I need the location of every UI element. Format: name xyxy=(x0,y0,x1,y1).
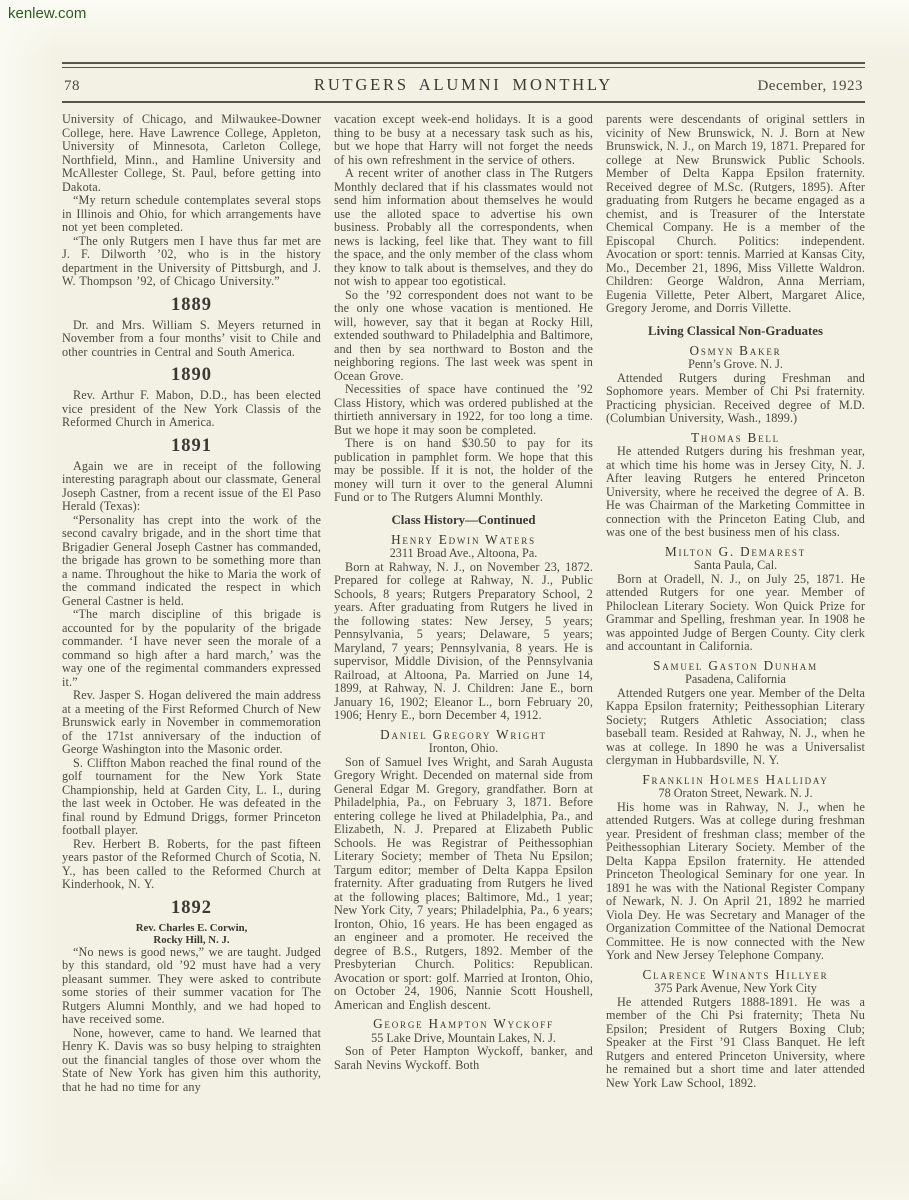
paragraph-continued: vacation except week-end holidays. It is… xyxy=(334,113,593,167)
paragraph: Again we are in receipt of the following… xyxy=(62,460,321,514)
scan-edge-highlight-bottom xyxy=(0,1160,909,1200)
column-center: vacation except week-end holidays. It is… xyxy=(334,113,593,1094)
paragraph: Dr. and Mrs. William S. Meyers returned … xyxy=(62,319,321,360)
alumnus-address: Penn’s Grove. N. J. xyxy=(606,358,865,372)
alumnus-name-heading: Daniel Gregory Wright xyxy=(334,728,593,743)
text-columns: University of Chicago, and Milwaukee-Dow… xyxy=(62,113,865,1094)
alumnus-address: 78 Oraton Street, Newark. N. J. xyxy=(606,787,865,801)
paragraph: “Personality has crept into the work of … xyxy=(62,514,321,609)
paragraph: “No news is good news,” we are taught. J… xyxy=(62,946,321,1027)
paragraph: Necessities of space have continued the … xyxy=(334,383,593,437)
paragraph: Born at Rahway, N. J., on November 23, 1… xyxy=(334,561,593,723)
alumnus-address: 55 Lake Drive, Mountain Lakes, N. J. xyxy=(334,1032,593,1046)
class-secretary-line: Rocky Hill, N. J. xyxy=(62,934,321,946)
alumnus-name-heading: Thomas Bell xyxy=(606,431,865,446)
paragraph: Attended Rutgers during Freshman and Sop… xyxy=(606,372,865,426)
alumnus-name-heading: Samuel Gaston Dunham xyxy=(606,659,865,674)
column-left: University of Chicago, and Milwaukee-Dow… xyxy=(62,113,321,1094)
alumnus-address: 375 Park Avenue, New York City xyxy=(606,982,865,996)
alumnus-name-heading: Franklin Holmes Halliday xyxy=(606,773,865,788)
paragraph: A recent writer of another class in The … xyxy=(334,167,593,289)
paragraph: His home was in Rahway, N. J., when he a… xyxy=(606,801,865,963)
column-right: parents were descendants of original set… xyxy=(606,113,865,1094)
issue-date: December, 1923 xyxy=(757,78,863,95)
paragraph: “The only Rutgers men I have thus far me… xyxy=(62,235,321,289)
header-rule-single xyxy=(62,101,865,103)
alumnus-name-heading: Osmyn Baker xyxy=(606,344,865,359)
paragraph-continued: University of Chicago, and Milwaukee-Dow… xyxy=(62,113,321,194)
paragraph: Rev. Herbert B. Roberts, for the past fi… xyxy=(62,838,321,892)
scan-edge-highlight-top xyxy=(0,0,909,58)
alumnus-address: Santa Paula, Cal. xyxy=(606,559,865,573)
alumnus-name-heading: Milton G. Demarest xyxy=(606,545,865,560)
paragraph: So the ’92 correspondent does not want t… xyxy=(334,289,593,384)
paragraph-continued: parents were descendants of original set… xyxy=(606,113,865,316)
paragraph: Attended Rutgers one year. Member of the… xyxy=(606,687,865,768)
paragraph: None, however, came to hand. We learned … xyxy=(62,1027,321,1095)
alumnus-address: Pasadena, California xyxy=(606,673,865,687)
class-secretary-line: Rev. Charles E. Corwin, xyxy=(62,922,321,934)
paragraph: He attended Rutgers 1888-1891. He was a … xyxy=(606,996,865,1091)
paragraph: “The march discipline of this brigade is… xyxy=(62,608,321,689)
alumnus-address: 2311 Broad Ave., Altoona, Pa. xyxy=(334,547,593,561)
class-year-heading: 1890 xyxy=(62,365,321,385)
section-heading: Living Classical Non-Graduates xyxy=(606,324,865,338)
header-row: 78 RUTGERS ALUMNI MONTHLY December, 1923 xyxy=(62,68,865,101)
paragraph: Rev. Arthur F. Mabon, D.D., has been ele… xyxy=(62,389,321,430)
paragraph: Son of Samuel Ives Wright, and Sarah Aug… xyxy=(334,756,593,1013)
section-heading: Class History—Continued xyxy=(334,513,593,527)
page-number: 78 xyxy=(64,78,80,95)
paragraph: Born at Oradell, N. J., on July 25, 1871… xyxy=(606,573,865,654)
alumnus-name-heading: Clarence Winants Hillyer xyxy=(606,968,865,983)
paragraph: S. Cliffton Mabon reached the final roun… xyxy=(62,757,321,838)
paragraph: Son of Peter Hampton Wyckoff, banker, an… xyxy=(334,1045,593,1072)
paragraph: Rev. Jasper S. Hogan delivered the main … xyxy=(62,689,321,757)
alumnus-address: Ironton, Ohio. xyxy=(334,742,593,756)
journal-title: RUTGERS ALUMNI MONTHLY xyxy=(314,75,613,95)
alumnus-name-heading: Henry Edwin Waters xyxy=(334,533,593,548)
paragraph: There is on hand $30.50 to pay for its p… xyxy=(334,437,593,505)
scan-edge-highlight-left xyxy=(0,0,55,1200)
class-year-heading: 1892 xyxy=(62,898,321,918)
class-year-heading: 1889 xyxy=(62,295,321,315)
class-year-heading: 1891 xyxy=(62,436,321,456)
page-header: 78 RUTGERS ALUMNI MONTHLY December, 1923 xyxy=(62,62,865,103)
paragraph: He attended Rutgers during his freshman … xyxy=(606,445,865,540)
alumnus-name-heading: George Hampton Wyckoff xyxy=(334,1017,593,1032)
watermark: kenlew.com xyxy=(8,5,86,22)
paragraph: “My return schedule contemplates several… xyxy=(62,194,321,235)
